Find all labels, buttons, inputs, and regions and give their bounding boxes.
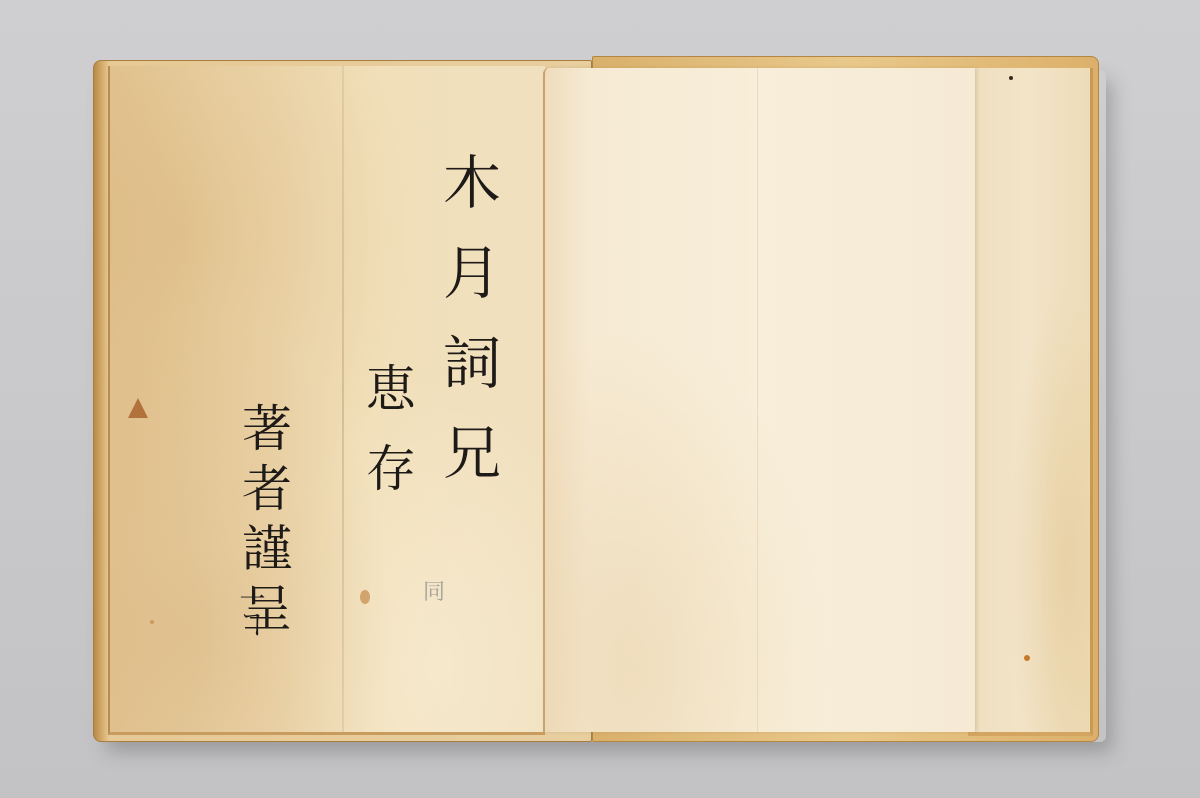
inscription-small-mark: 一ヿ <box>232 585 269 637</box>
flyleaf-crease <box>757 68 758 732</box>
ink-dot <box>1009 76 1013 80</box>
inscription-recipient: 木月詞兄 <box>438 152 496 512</box>
foxing-spot <box>360 590 370 604</box>
underlying-page-right <box>968 68 1093 736</box>
rust-dot <box>1024 655 1030 661</box>
blank-flyleaf <box>543 68 975 732</box>
pencil-annotation: 同 <box>423 575 445 606</box>
page-fold-line <box>342 66 344 732</box>
inscription-keizon: 恵存 <box>362 362 412 522</box>
foxing-spot <box>150 620 154 624</box>
rust-stain <box>128 398 148 418</box>
